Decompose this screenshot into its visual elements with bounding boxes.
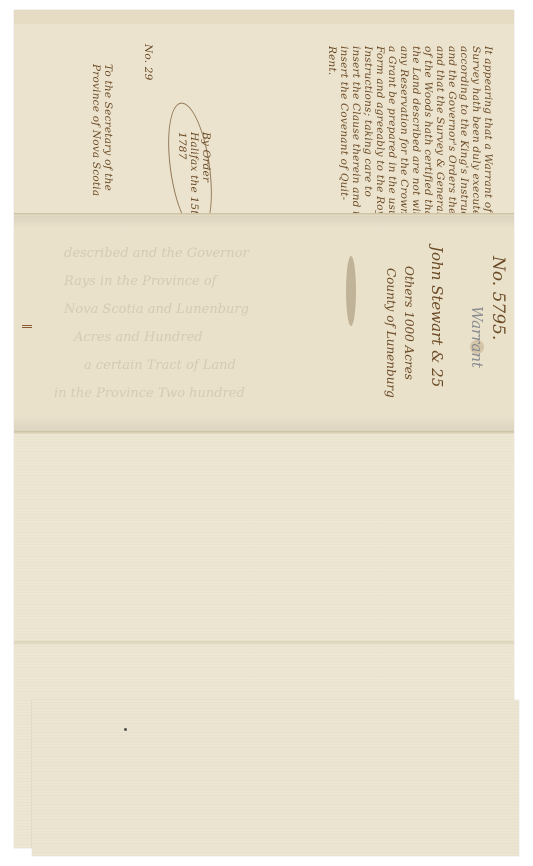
docket-name: John Stewart & 25 <box>428 246 446 387</box>
ink-stain <box>346 256 356 326</box>
docket-type: Warrant <box>468 306 486 368</box>
reference-number: No. 29 <box>142 44 154 81</box>
docket-number: No. 5795. <box>488 256 508 340</box>
signature-block: By Order Halifax the 15th 1787 <box>176 132 212 222</box>
paper-lower-edge <box>32 700 519 856</box>
docket-acres: Others 1000 Acres <box>402 266 416 380</box>
address-line: To the Secretary of the <box>102 64 114 196</box>
address-line: Province of Nova Scotia <box>90 64 102 196</box>
bleed-through-text: in the Province Two hundred <box>54 386 245 401</box>
bleed-through-text: Nova Scotia and Lunenburg <box>64 302 249 317</box>
docket-panel: described and the Governor Rays in the P… <box>14 216 514 432</box>
bleed-through-text: a certain Tract of Land <box>84 358 236 373</box>
paper-speck <box>124 728 127 731</box>
top-fold-edge <box>14 10 514 25</box>
year: 1787 <box>176 132 188 222</box>
place-date: Halifax the 15th <box>188 132 200 222</box>
bleed-through-text: Rays in the Province of <box>64 274 216 289</box>
address-block: To the Secretary of the Province of Nova… <box>90 64 114 196</box>
fold-line <box>14 641 514 645</box>
bleed-through-text: described and the Governor <box>64 246 249 261</box>
inner-text-panel: It appearing that a Warrant of Survey ha… <box>14 24 514 214</box>
signature: By Order <box>200 132 212 222</box>
bleed-through-text: Acres and Hundred <box>74 330 203 345</box>
docket-county: County of Lunenburg <box>384 268 398 398</box>
margin-mark <box>22 325 32 328</box>
fold-line <box>14 431 514 434</box>
